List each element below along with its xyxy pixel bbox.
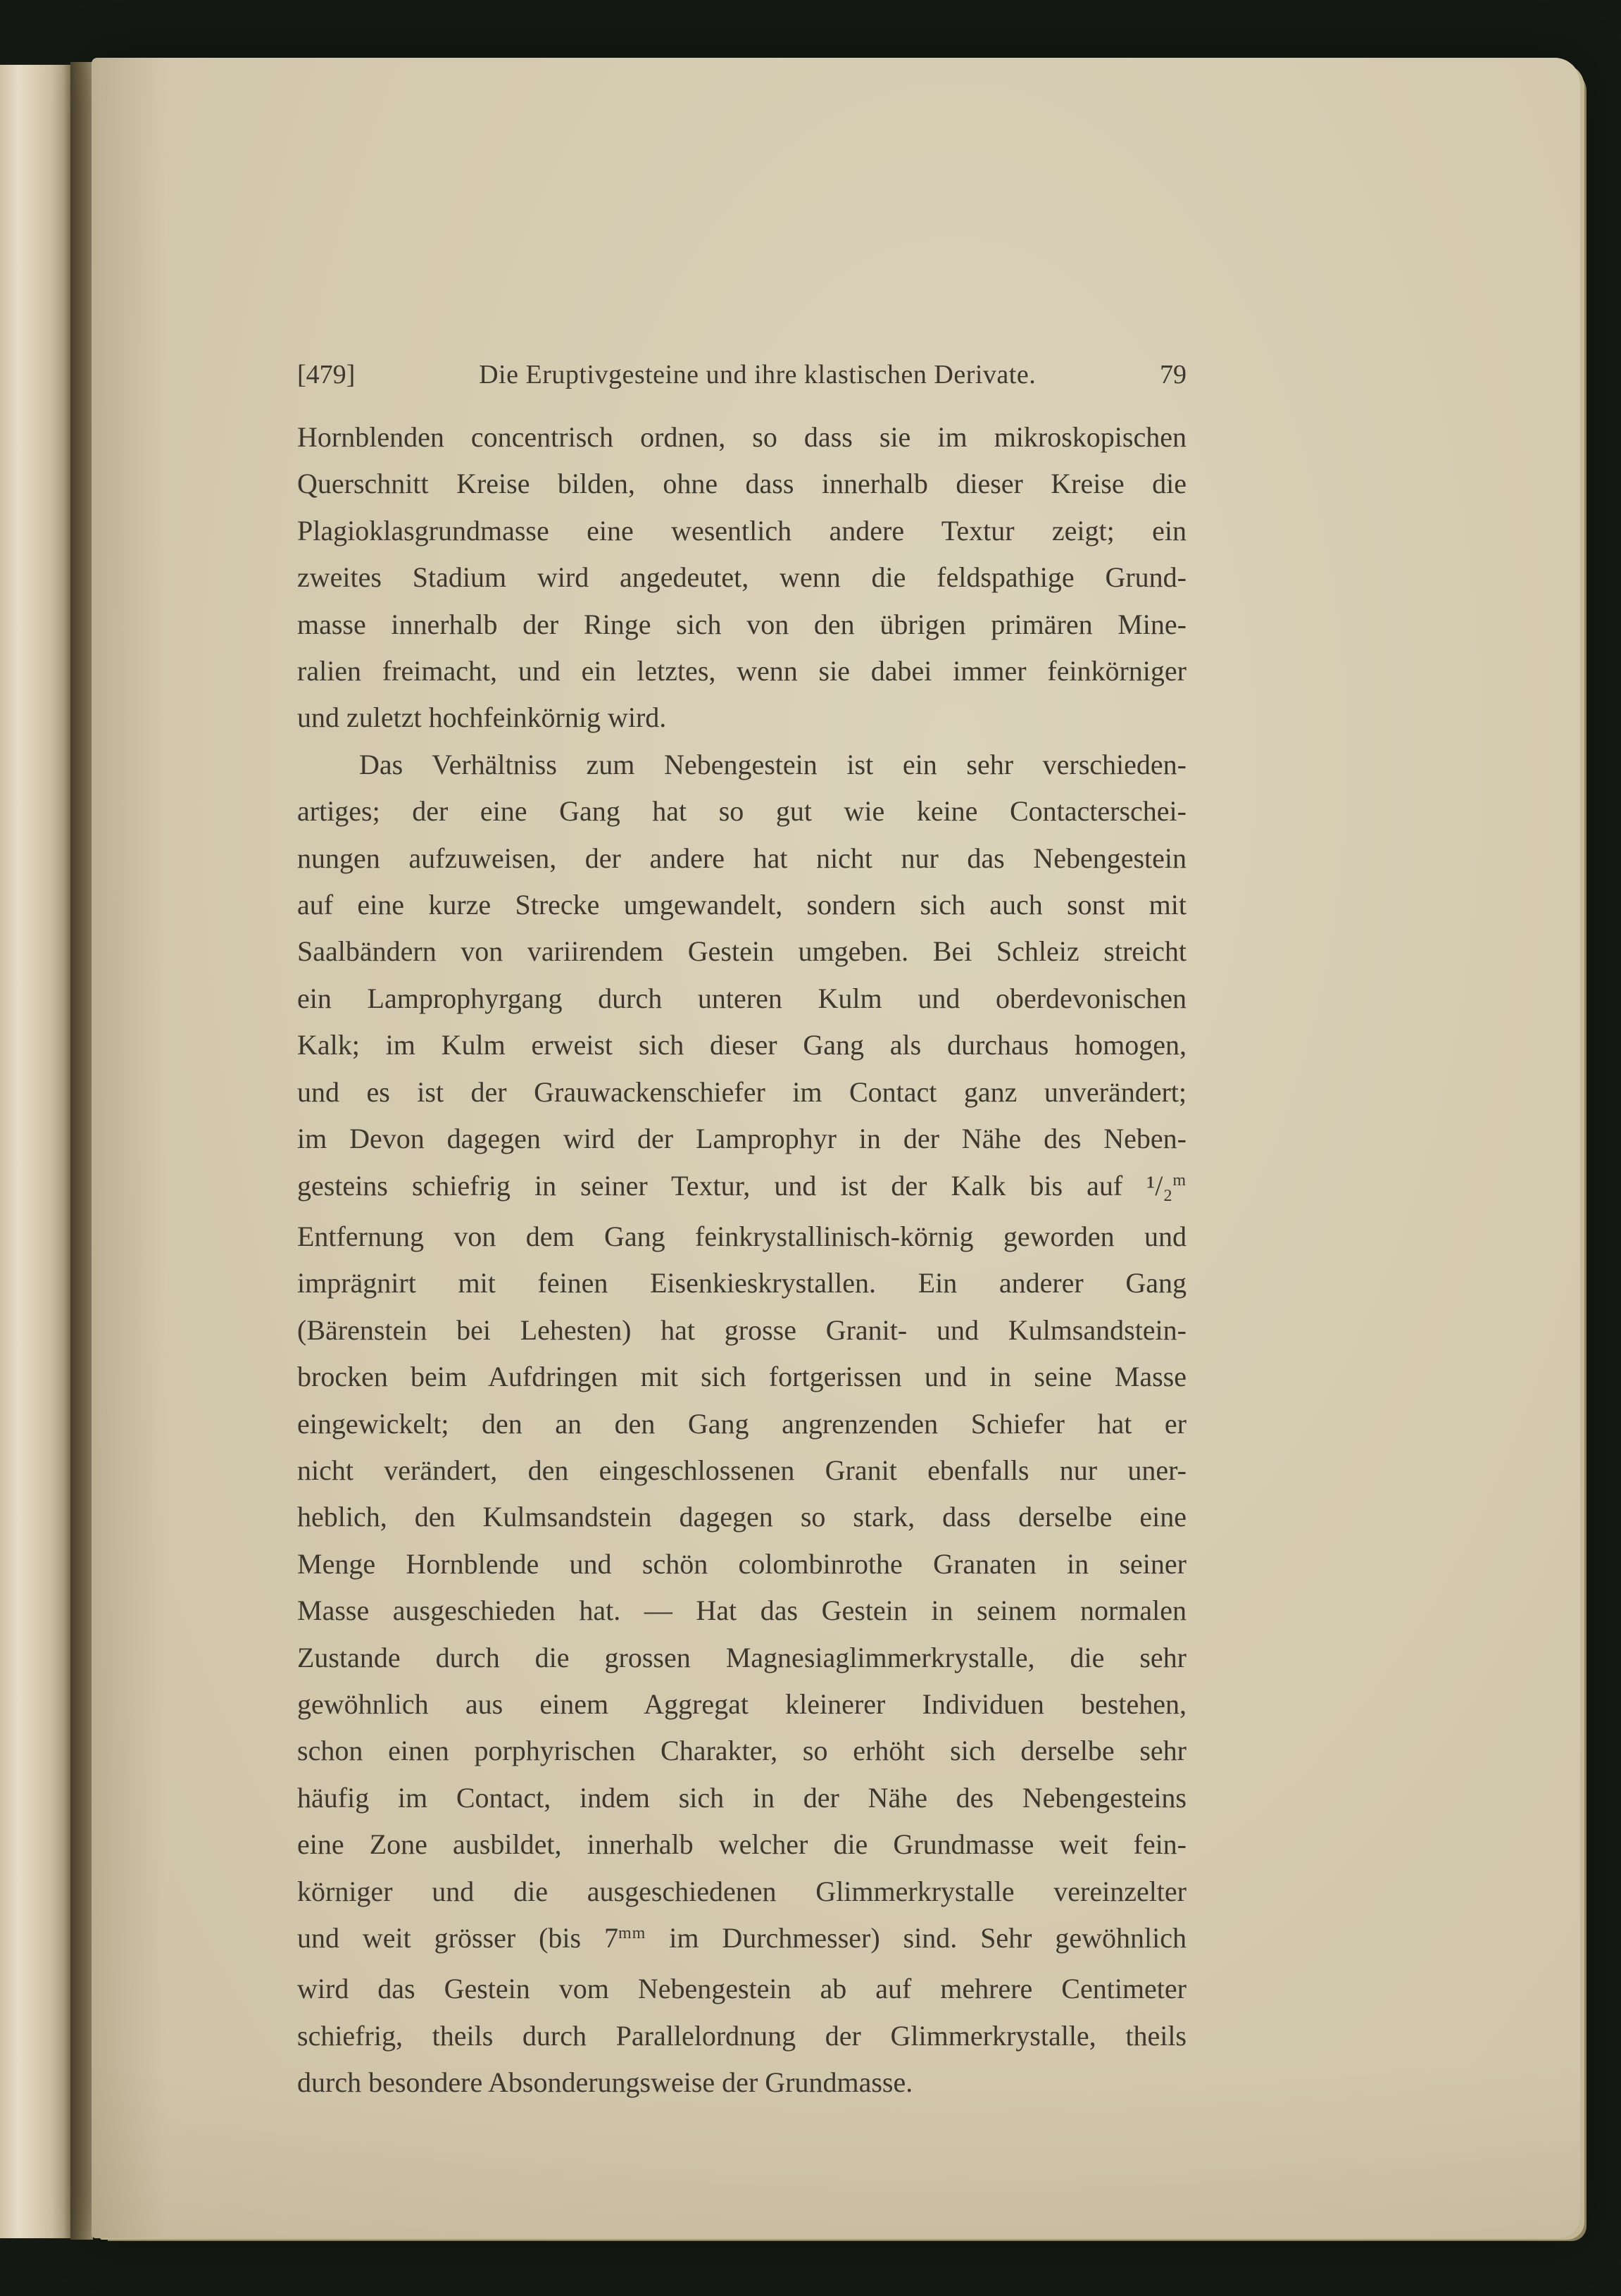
page-number: 79	[1160, 359, 1187, 390]
text-line: eingewickelt; den an den Gang angrenzend…	[297, 1401, 1187, 1447]
text-line: artiges; der eine Gang hat so gut wie ke…	[297, 788, 1187, 835]
gutter-shadow	[70, 62, 93, 2240]
paragraph: Hornblenden concentrisch ordnen, so dass…	[297, 414, 1187, 742]
previous-page-edge	[0, 65, 70, 2238]
text-line: nicht verändert, den eingeschlossenen Gr…	[297, 1447, 1187, 1494]
text-line: eine Zone ausbildet, innerhalb welcher d…	[297, 1821, 1187, 1868]
text-line: Das Verhältniss zum Nebengestein ist ein…	[297, 742, 1187, 788]
text-line: Menge Hornblende und schön colombinrothe…	[297, 1541, 1187, 1587]
book-page: [479] Die Eruptivgesteine und ihre klast…	[92, 58, 1580, 2238]
section-marker: [479]	[297, 359, 355, 390]
text-line: schon einen porphyrischen Charakter, so …	[297, 1728, 1187, 1774]
text-line: und es ist der Grauwackenschiefer im Con…	[297, 1069, 1187, 1116]
text-line: ralien freimacht, und ein letztes, wenn …	[297, 648, 1187, 694]
text-line: imprägnirt mit feinen Eisenkieskrystalle…	[297, 1260, 1187, 1306]
running-title: Die Eruptivgesteine und ihre klastischen…	[479, 359, 1036, 390]
text-line: schiefrig, theils durch Parallelordnung …	[297, 2013, 1187, 2059]
text-body: Hornblenden concentrisch ordnen, so dass…	[297, 414, 1187, 2107]
page-header: [479] Die Eruptivgesteine und ihre klast…	[297, 359, 1187, 390]
text-line: und zuletzt hochfeinkörnig wird.	[297, 694, 1187, 741]
text-line: heblich, den Kulmsandstein dagegen so st…	[297, 1494, 1187, 1540]
text-line: masse innerhalb der Ringe sich von den ü…	[297, 601, 1187, 648]
text-line: Hornblenden concentrisch ordnen, so dass…	[297, 414, 1187, 461]
text-line: körniger und die ausgeschiedenen Glimmer…	[297, 1868, 1187, 1915]
text-line: nungen aufzuweisen, der andere hat nicht…	[297, 835, 1187, 882]
text-line: Entfernung von dem Gang feinkrystallinis…	[297, 1213, 1187, 1260]
text-line: Querschnitt Kreise bilden, ohne dass inn…	[297, 461, 1187, 507]
text-line: gewöhnlich aus einem Aggregat kleinerer …	[297, 1681, 1187, 1728]
text-line: Kalk; im Kulm erweist sich dieser Gang a…	[297, 1022, 1187, 1068]
text-line: Zustande durch die grossen Magnesiaglimm…	[297, 1635, 1187, 1681]
text-line: Plagioklasgrundmasse eine wesentlich and…	[297, 508, 1187, 554]
text-line: und weit grösser (bis 7mm im Durchmesser…	[297, 1915, 1187, 1966]
book-background: [479] Die Eruptivgesteine und ihre klast…	[0, 0, 1621, 2296]
text-line: brocken beim Aufdringen mit sich fortger…	[297, 1354, 1187, 1400]
paragraph: Das Verhältniss zum Nebengestein ist ein…	[297, 742, 1187, 2107]
text-line: gesteins schiefrig in seiner Textur, und…	[297, 1163, 1187, 1213]
text-line: ein Lamprophyrgang durch unteren Kulm un…	[297, 975, 1187, 1022]
text-line: zweites Stadium wird angedeutet, wenn di…	[297, 554, 1187, 601]
text-line: wird das Gestein vom Nebengestein ab auf…	[297, 1966, 1187, 2012]
text-line: durch besondere Absonderungsweise der Gr…	[297, 2059, 1187, 2106]
text-line: Saalbändern von variirendem Gestein umge…	[297, 928, 1187, 975]
text-line: häufig im Contact, indem sich in der Näh…	[297, 1775, 1187, 1821]
text-line: auf eine kurze Strecke umgewandelt, sond…	[297, 882, 1187, 928]
text-line: Masse ausgeschieden hat. — Hat das Geste…	[297, 1587, 1187, 1634]
text-line: im Devon dagegen wird der Lamprophyr in …	[297, 1116, 1187, 1162]
text-line: (Bärenstein bei Lehesten) hat grosse Gra…	[297, 1307, 1187, 1354]
